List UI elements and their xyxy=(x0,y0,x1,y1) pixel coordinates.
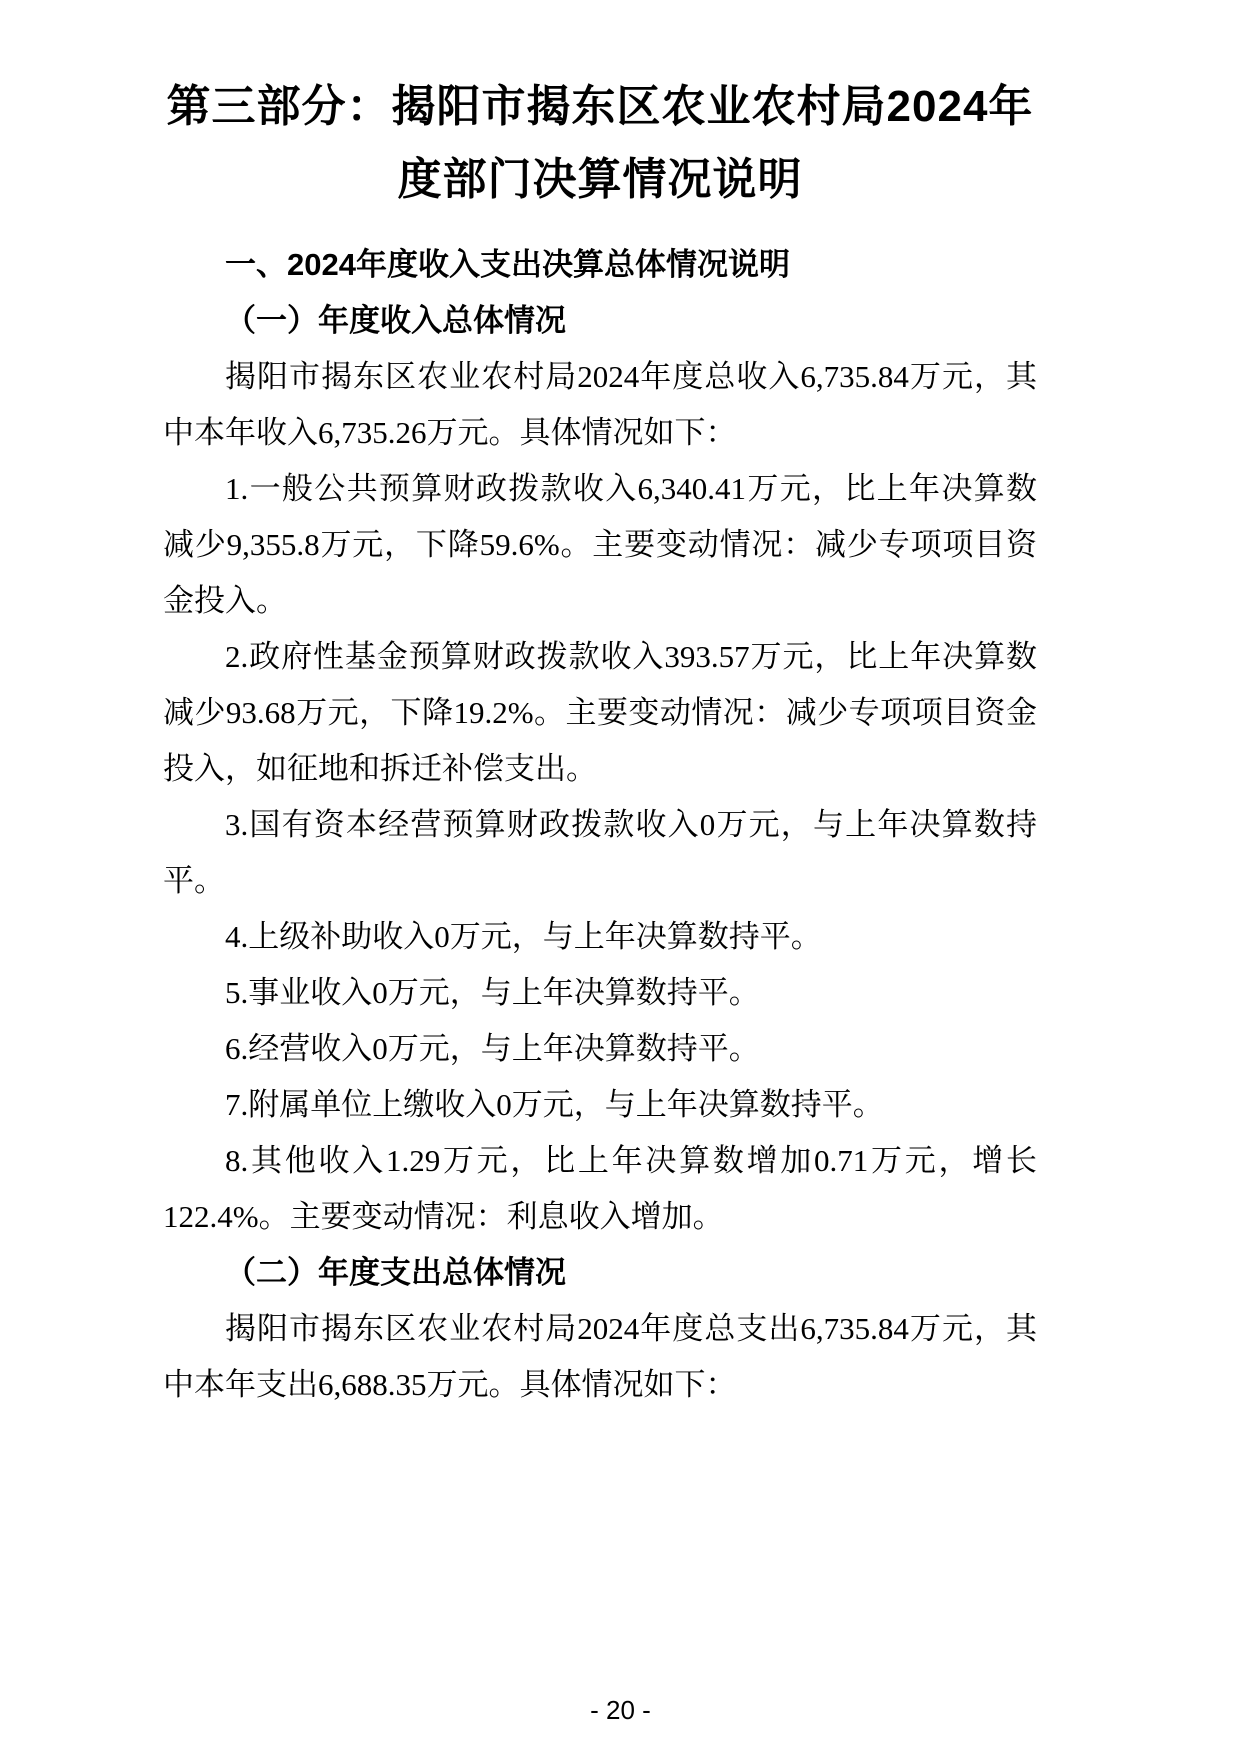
income-item-5: 5.事业收入0万元，与上年决算数持平。 xyxy=(163,965,1037,1021)
section-heading-overall-summary: 一、2024年度收入支出决算总体情况说明 xyxy=(163,237,1037,293)
page-number: - 20 - xyxy=(0,1695,1241,1726)
subsection-heading-annual-income: （一）年度收入总体情况 xyxy=(163,293,1037,349)
income-item-7: 7.附属单位上缴收入0万元，与上年决算数持平。 xyxy=(163,1077,1037,1133)
income-item-1: 1.一般公共预算财政拨款收入6,340.41万元，比上年决算数减少9,355.8… xyxy=(163,461,1037,629)
subsection-heading-annual-expenditure: （二）年度支出总体情况 xyxy=(163,1245,1037,1301)
income-item-6: 6.经营收入0万元，与上年决算数持平。 xyxy=(163,1021,1037,1077)
income-item-3: 3.国有资本经营预算财政拨款收入0万元，与上年决算数持平。 xyxy=(163,797,1037,909)
expenditure-intro-paragraph: 揭阳市揭东区农业农村局2024年度总支出6,735.84万元，其中本年支出6,6… xyxy=(163,1301,1037,1413)
document-content: 第三部分：揭阳市揭东区农业农村局2024年 度部门决算情况说明 一、2024年度… xyxy=(0,0,1241,1413)
document-title-line2: 度部门决算情况说明 xyxy=(163,143,1037,216)
income-item-8: 8.其他收入1.29万元，比上年决算数增加0.71万元，增长122.4%。主要变… xyxy=(163,1133,1037,1245)
document-page: 第三部分：揭阳市揭东区农业农村局2024年 度部门决算情况说明 一、2024年度… xyxy=(0,0,1241,1754)
income-item-4: 4.上级补助收入0万元，与上年决算数持平。 xyxy=(163,909,1037,965)
document-title: 第三部分：揭阳市揭东区农业农村局2024年 度部门决算情况说明 xyxy=(163,70,1037,216)
document-title-line1: 第三部分：揭阳市揭东区农业农村局2024年 xyxy=(163,70,1037,143)
income-intro-paragraph: 揭阳市揭东区农业农村局2024年度总收入6,735.84万元，其中本年收入6,7… xyxy=(163,349,1037,461)
income-item-2: 2.政府性基金预算财政拨款收入393.57万元，比上年决算数减少93.68万元，… xyxy=(163,629,1037,797)
